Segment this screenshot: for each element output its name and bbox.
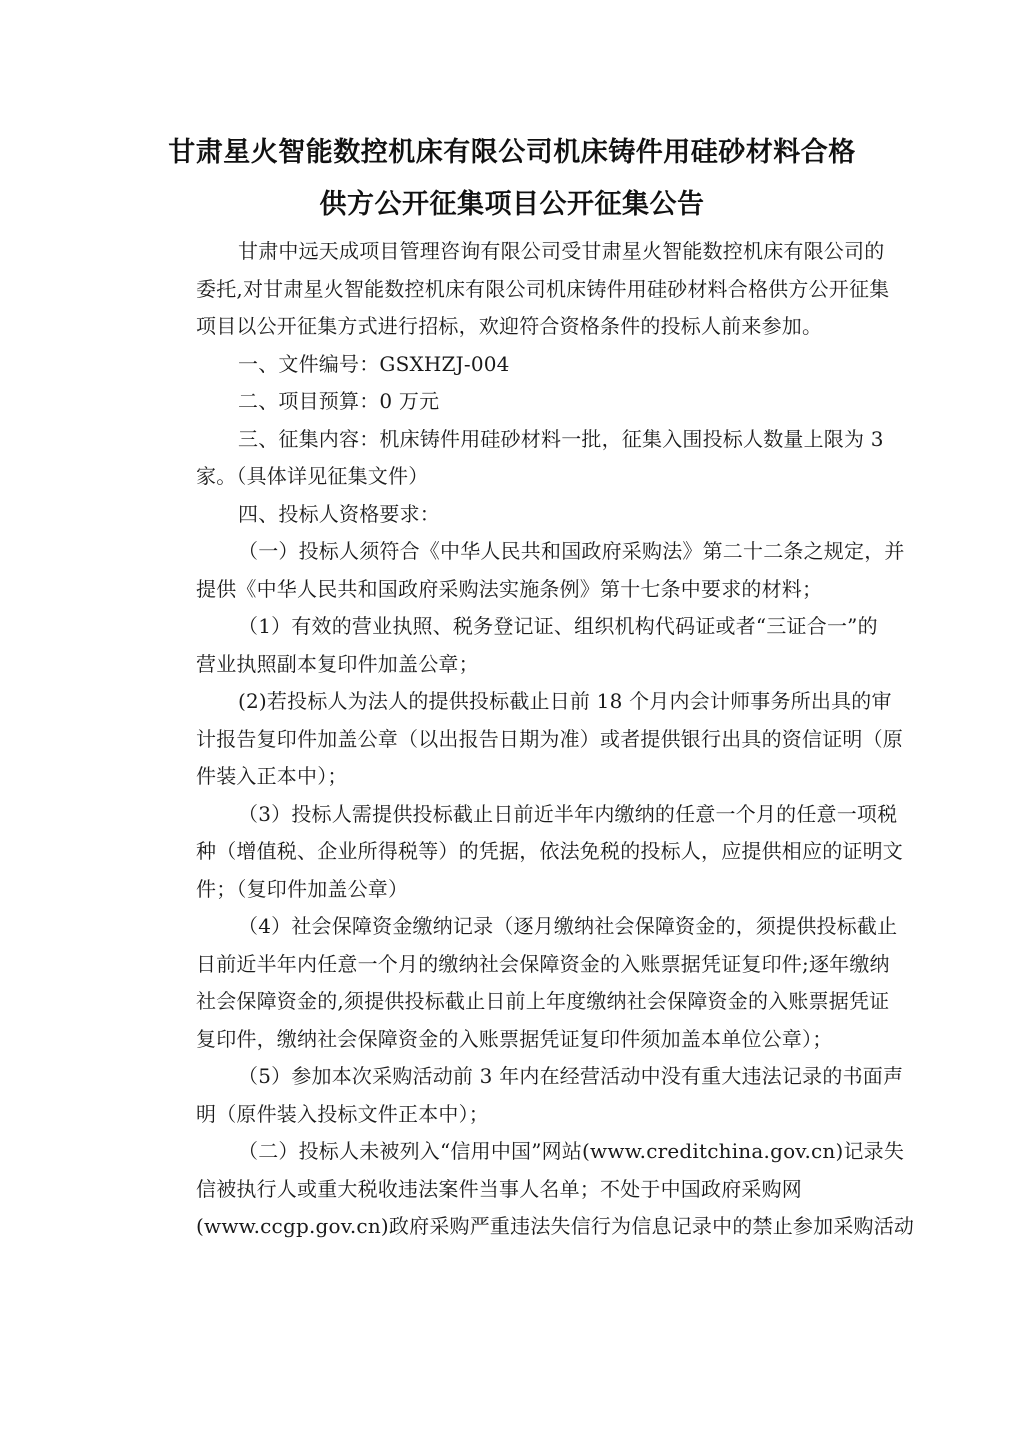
text-line: 计报告复印件加盖公章（以出报告日期为准）或者提供银行出具的资信证明（原 [154,721,870,759]
text-line: 四、投标人资格要求： [154,496,870,534]
text-line: （二）投标人未被列入“信用中国”网站(www.creditchina.gov.c… [154,1133,870,1171]
qualification-1-item-2: (2)若投标人为法人的提供投标截止日前 18 个月内会计师事务所出具的审 计报告… [154,683,870,796]
section-budget: 二、项目预算：0 万元 [154,383,870,421]
text-line: 委托,对甘肃星火智能数控机床有限公司机床铸件用硅砂材料合格供方公开征集 [154,271,870,309]
text-line: 一、文件编号：GSXHZJ-004 [154,346,870,384]
text-line: 二、项目预算：0 万元 [154,383,870,421]
intro-paragraph: 甘肃中远天成项目管理咨询有限公司受甘肃星火智能数控机床有限公司的 委托,对甘肃星… [154,233,870,346]
text-line: （一）投标人须符合《中华人民共和国政府采购法》第二十二条之规定，并 [154,533,870,571]
document-body: 甘肃中远天成项目管理咨询有限公司受甘肃星火智能数控机床有限公司的 委托,对甘肃星… [154,233,870,1246]
text-line: （1）有效的营业执照、税务登记证、组织机构代码证或者“三证合一”的 [154,608,870,646]
text-line: （4）社会保障资金缴纳记录（逐月缴纳社会保障资金的，须提供投标截止 [154,908,870,946]
text-line: (www.ccgp.gov.cn)政府采购严重违法失信行为信息记录中的禁止参加采… [154,1208,870,1246]
document-page: 甘肃星火智能数控机床有限公司机床铸件用硅砂材料合格 供方公开征集项目公开征集公告… [0,0,1024,1448]
section-qualifications: 四、投标人资格要求： [154,496,870,534]
text-line: 项目以公开征集方式进行招标，欢迎符合资格条件的投标人前来参加。 [154,308,870,346]
section-content: 三、征集内容：机床铸件用硅砂材料一批，征集入围投标人数量上限为 3 家。（具体详… [154,421,870,496]
qualification-1: （一）投标人须符合《中华人民共和国政府采购法》第二十二条之规定，并 提供《中华人… [154,533,870,608]
text-line: 明（原件装入投标文件正本中）； [154,1096,870,1134]
text-line: 提供《中华人民共和国政府采购法实施条例》第十七条中要求的材料； [154,571,870,609]
qualification-1-item-1: （1）有效的营业执照、税务登记证、组织机构代码证或者“三证合一”的 营业执照副本… [154,608,870,683]
text-line: 营业执照副本复印件加盖公章； [154,646,870,684]
qualification-1-item-4: （4）社会保障资金缴纳记录（逐月缴纳社会保障资金的，须提供投标截止 日前近半年内… [154,908,870,1058]
document-title-line-1: 甘肃星火智能数控机床有限公司机床铸件用硅砂材料合格 [0,135,1024,171]
text-line: 种（增值税、企业所得税等）的凭据，依法免税的投标人，应提供相应的证明文 [154,833,870,871]
text-line: 信被执行人或重大税收违法案件当事人名单；不处于中国政府采购网 [154,1171,870,1209]
text-line: （3）投标人需提供投标截止日前近半年内缴纳的任意一个月的任意一项税 [154,796,870,834]
text-line: 件；（复印件加盖公章） [154,871,870,909]
qualification-1-item-3: （3）投标人需提供投标截止日前近半年内缴纳的任意一个月的任意一项税 种（增值税、… [154,796,870,909]
qualification-1-item-5: （5）参加本次采购活动前 3 年内在经营活动中没有重大违法记录的书面声 明（原件… [154,1058,870,1133]
text-line: （5）参加本次采购活动前 3 年内在经营活动中没有重大违法记录的书面声 [154,1058,870,1096]
text-line: 甘肃中远天成项目管理咨询有限公司受甘肃星火智能数控机床有限公司的 [154,233,870,271]
text-line: 社会保障资金的,须提供投标截止日前上年度缴纳社会保障资金的入账票据凭证 [154,983,870,1021]
text-line: (2)若投标人为法人的提供投标截止日前 18 个月内会计师事务所出具的审 [154,683,870,721]
text-line: 日前近半年内任意一个月的缴纳社会保障资金的入账票据凭证复印件;逐年缴纳 [154,946,870,984]
text-line: 件装入正本中）； [154,758,870,796]
text-line: 家。（具体详见征集文件） [154,458,870,496]
section-file-number: 一、文件编号：GSXHZJ-004 [154,346,870,384]
text-line: 复印件，缴纳社会保障资金的入账票据凭证复印件须加盖本单位公章）； [154,1021,870,1059]
document-title-line-2: 供方公开征集项目公开征集公告 [0,187,1024,223]
qualification-2: （二）投标人未被列入“信用中国”网站(www.creditchina.gov.c… [154,1133,870,1246]
text-line: 三、征集内容：机床铸件用硅砂材料一批，征集入围投标人数量上限为 3 [154,421,870,459]
